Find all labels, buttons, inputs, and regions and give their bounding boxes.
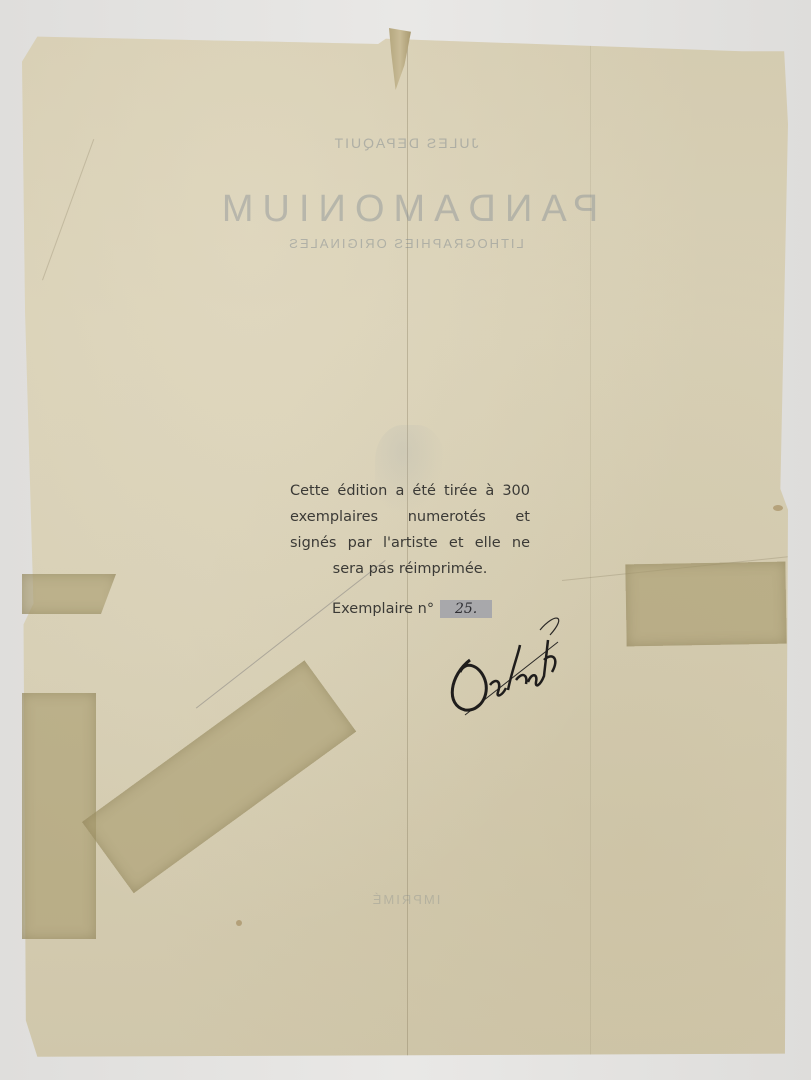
foxing-stain	[236, 920, 242, 926]
show-through-printer-mark: IMPRIMÉ	[0, 892, 811, 907]
tape-strip	[625, 562, 786, 647]
edition-statement: Cette édition a été tirée à 300 exemplai…	[290, 478, 530, 582]
tape-strip	[22, 693, 96, 939]
foxing-stain	[773, 505, 783, 511]
show-through-title: PANDAMONIUM	[0, 188, 811, 231]
tape-strip	[22, 574, 116, 614]
show-through-author: JULES DEPAQUIT	[0, 135, 811, 151]
artist-signature-icon	[440, 600, 570, 725]
edition-number-label: Exemplaire n°	[332, 601, 434, 617]
show-through-subtitle: LITHOGRAPHIES ORIGINALES	[0, 236, 811, 251]
